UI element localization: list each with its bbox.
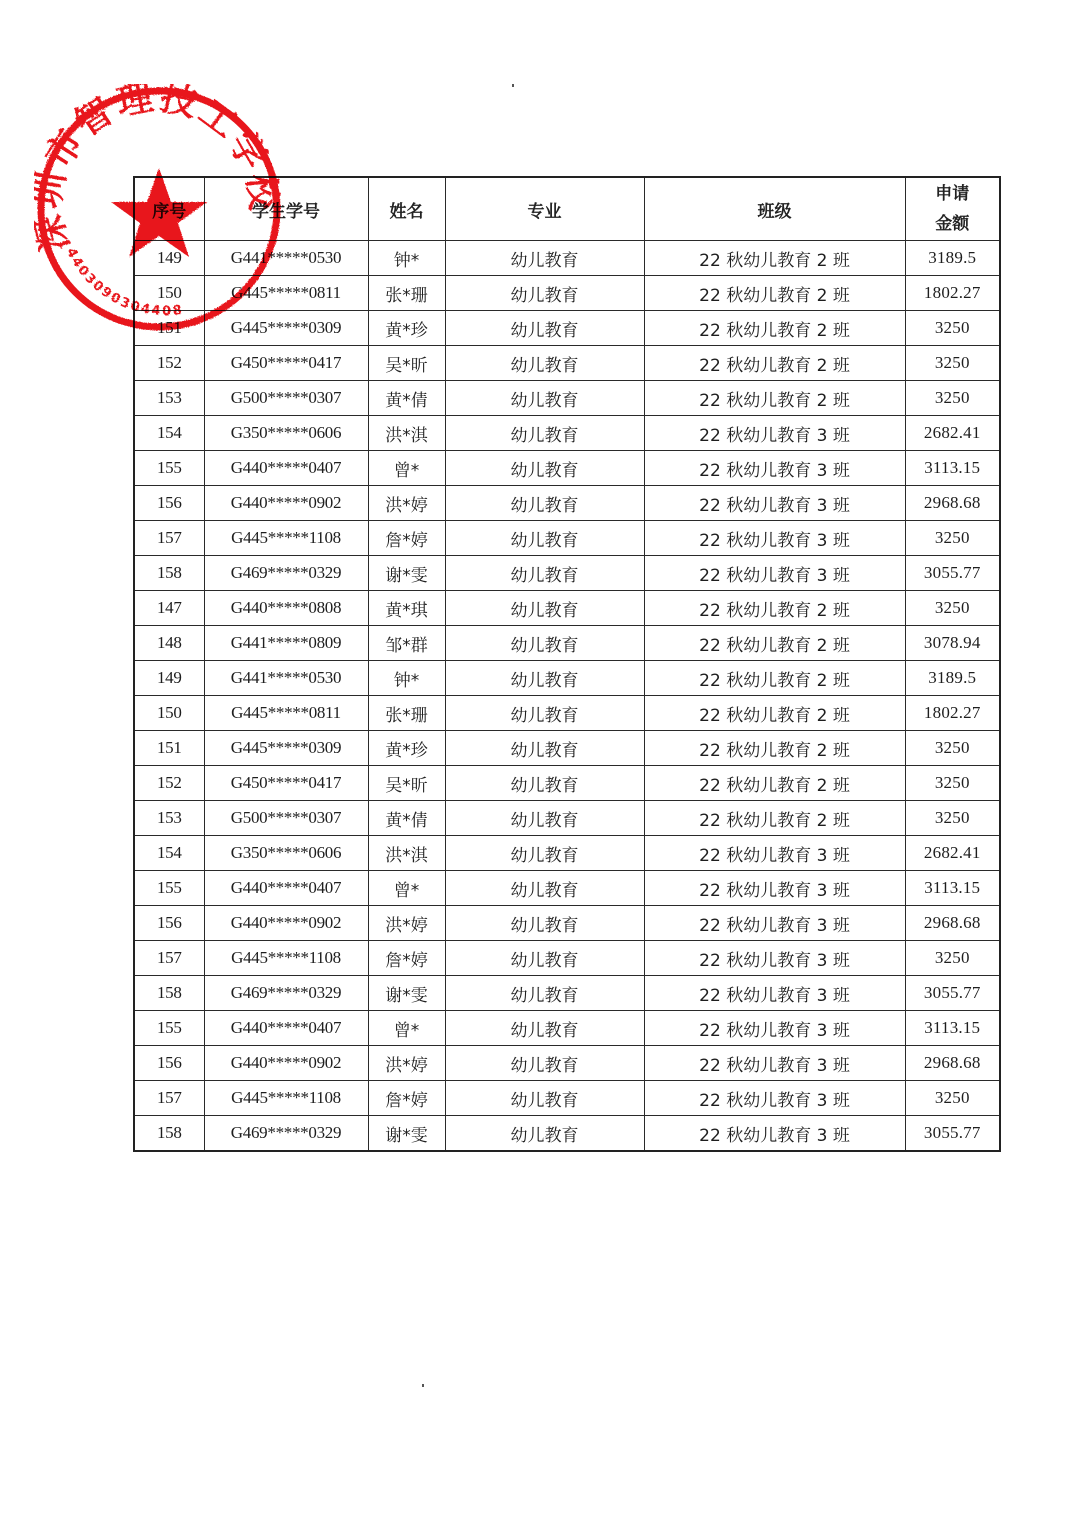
cell-index: 154 — [134, 836, 204, 871]
cell-name: 吴*昕 — [368, 346, 445, 381]
cell-amount: 3250 — [905, 381, 1000, 416]
cell-amount: 3250 — [905, 591, 1000, 626]
cell-major: 幼儿教育 — [445, 451, 644, 486]
cell-class: 22 秋幼儿教育 3 班 — [644, 486, 905, 521]
cell-amount: 3055.77 — [905, 976, 1000, 1011]
cell-name: 詹*婷 — [368, 1081, 445, 1116]
cell-name: 张*珊 — [368, 696, 445, 731]
cell-index: 158 — [134, 556, 204, 591]
cell-name: 洪*婷 — [368, 486, 445, 521]
cell-name: 洪*婷 — [368, 906, 445, 941]
header-index: 序号 — [134, 177, 204, 241]
cell-major: 幼儿教育 — [445, 346, 644, 381]
cell-index: 155 — [134, 871, 204, 906]
table-row: 150G445*****0811张*珊幼儿教育22 秋幼儿教育 2 班1802.… — [134, 276, 1000, 311]
cell-name: 曾* — [368, 451, 445, 486]
cell-class: 22 秋幼儿教育 2 班 — [644, 381, 905, 416]
cell-major: 幼儿教育 — [445, 1046, 644, 1081]
cell-name: 洪*淇 — [368, 416, 445, 451]
cell-amount: 2968.68 — [905, 486, 1000, 521]
table-row: 150G445*****0811张*珊幼儿教育22 秋幼儿教育 2 班1802.… — [134, 696, 1000, 731]
header-student-id: 学生学号 — [204, 177, 368, 241]
cell-amount: 3250 — [905, 521, 1000, 556]
cell-student-id: G445*****0811 — [204, 276, 368, 311]
cell-name: 谢*雯 — [368, 1116, 445, 1152]
cell-major: 幼儿教育 — [445, 591, 644, 626]
header-class: 班级 — [644, 177, 905, 241]
cell-index: 157 — [134, 1081, 204, 1116]
header-name: 姓名 — [368, 177, 445, 241]
cell-amount: 2968.68 — [905, 1046, 1000, 1081]
subsidy-roster-table: 序号 学生学号 姓名 专业 班级 申请 金额 149G441*****0530钟… — [133, 176, 1001, 1152]
table-row: 151G445*****0309黄*珍幼儿教育22 秋幼儿教育 2 班3250 — [134, 731, 1000, 766]
cell-student-id: G500*****0307 — [204, 801, 368, 836]
table-row: 157G445*****1108詹*婷幼儿教育22 秋幼儿教育 3 班3250 — [134, 521, 1000, 556]
cell-amount: 2682.41 — [905, 836, 1000, 871]
table-row: 149G441*****0530钟*幼儿教育22 秋幼儿教育 2 班3189.5 — [134, 661, 1000, 696]
cell-student-id: G445*****0309 — [204, 731, 368, 766]
cell-index: 156 — [134, 1046, 204, 1081]
cell-name: 黄*倩 — [368, 801, 445, 836]
cell-class: 22 秋幼儿教育 2 班 — [644, 346, 905, 381]
table-row: 147G440*****0808黄*琪幼儿教育22 秋幼儿教育 2 班3250 — [134, 591, 1000, 626]
cell-major: 幼儿教育 — [445, 871, 644, 906]
cell-name: 黄*珍 — [368, 731, 445, 766]
cell-student-id: G441*****0530 — [204, 661, 368, 696]
cell-student-id: G440*****0407 — [204, 1011, 368, 1046]
table-row: 156G440*****0902洪*婷幼儿教育22 秋幼儿教育 3 班2968.… — [134, 1046, 1000, 1081]
table-row: 153G500*****0307黄*倩幼儿教育22 秋幼儿教育 2 班3250 — [134, 801, 1000, 836]
cell-amount: 3055.77 — [905, 1116, 1000, 1152]
cell-student-id: G441*****0809 — [204, 626, 368, 661]
cell-name: 洪*婷 — [368, 1046, 445, 1081]
cell-major: 幼儿教育 — [445, 1116, 644, 1152]
cell-major: 幼儿教育 — [445, 1011, 644, 1046]
cell-class: 22 秋幼儿教育 3 班 — [644, 871, 905, 906]
cell-student-id: G445*****1108 — [204, 1081, 368, 1116]
cell-major: 幼儿教育 — [445, 976, 644, 1011]
table-row: 155G440*****0407曾*幼儿教育22 秋幼儿教育 3 班3113.1… — [134, 871, 1000, 906]
cell-major: 幼儿教育 — [445, 556, 644, 591]
cell-index: 151 — [134, 311, 204, 346]
cell-major: 幼儿教育 — [445, 836, 644, 871]
cell-class: 22 秋幼儿教育 2 班 — [644, 591, 905, 626]
cell-amount: 3250 — [905, 801, 1000, 836]
cell-amount: 3078.94 — [905, 626, 1000, 661]
cell-student-id: G450*****0417 — [204, 346, 368, 381]
cell-name: 黄*倩 — [368, 381, 445, 416]
table-row: 154G350*****0606洪*淇幼儿教育22 秋幼儿教育 3 班2682.… — [134, 836, 1000, 871]
cell-major: 幼儿教育 — [445, 696, 644, 731]
cell-amount: 3055.77 — [905, 556, 1000, 591]
cell-student-id: G440*****0407 — [204, 871, 368, 906]
cell-major: 幼儿教育 — [445, 731, 644, 766]
cell-student-id: G469*****0329 — [204, 976, 368, 1011]
table-row: 156G440*****0902洪*婷幼儿教育22 秋幼儿教育 3 班2968.… — [134, 486, 1000, 521]
cell-class: 22 秋幼儿教育 3 班 — [644, 836, 905, 871]
cell-student-id: G469*****0329 — [204, 1116, 368, 1152]
cell-major: 幼儿教育 — [445, 626, 644, 661]
cell-major: 幼儿教育 — [445, 801, 644, 836]
cell-name: 洪*淇 — [368, 836, 445, 871]
cell-amount: 3250 — [905, 941, 1000, 976]
cell-student-id: G445*****0811 — [204, 696, 368, 731]
table-row: 155G440*****0407曾*幼儿教育22 秋幼儿教育 3 班3113.1… — [134, 451, 1000, 486]
cell-amount: 2968.68 — [905, 906, 1000, 941]
cell-name: 黄*珍 — [368, 311, 445, 346]
cell-student-id: G440*****0902 — [204, 1046, 368, 1081]
table-row: 148G441*****0809邹*群幼儿教育22 秋幼儿教育 2 班3078.… — [134, 626, 1000, 661]
header-major: 专业 — [445, 177, 644, 241]
cell-major: 幼儿教育 — [445, 521, 644, 556]
cell-index: 151 — [134, 731, 204, 766]
cell-class: 22 秋幼儿教育 2 班 — [644, 661, 905, 696]
table-row: 153G500*****0307黄*倩幼儿教育22 秋幼儿教育 2 班3250 — [134, 381, 1000, 416]
cell-class: 22 秋幼儿教育 2 班 — [644, 766, 905, 801]
cell-class: 22 秋幼儿教育 2 班 — [644, 276, 905, 311]
cell-index: 154 — [134, 416, 204, 451]
cell-amount: 1802.27 — [905, 276, 1000, 311]
cell-index: 147 — [134, 591, 204, 626]
cell-name: 曾* — [368, 871, 445, 906]
cell-major: 幼儿教育 — [445, 941, 644, 976]
scan-speck — [512, 84, 514, 87]
cell-class: 22 秋幼儿教育 2 班 — [644, 241, 905, 276]
cell-amount: 3113.15 — [905, 451, 1000, 486]
cell-amount: 3189.5 — [905, 661, 1000, 696]
cell-class: 22 秋幼儿教育 3 班 — [644, 1081, 905, 1116]
cell-class: 22 秋幼儿教育 3 班 — [644, 521, 905, 556]
cell-name: 邹*群 — [368, 626, 445, 661]
cell-name: 谢*雯 — [368, 556, 445, 591]
cell-student-id: G445*****1108 — [204, 521, 368, 556]
cell-index: 158 — [134, 1116, 204, 1152]
table-row: 151G445*****0309黄*珍幼儿教育22 秋幼儿教育 2 班3250 — [134, 311, 1000, 346]
cell-index: 149 — [134, 241, 204, 276]
header-amount: 申请 金额 — [905, 177, 1000, 241]
cell-student-id: G440*****0902 — [204, 486, 368, 521]
cell-class: 22 秋幼儿教育 3 班 — [644, 451, 905, 486]
cell-student-id: G350*****0606 — [204, 416, 368, 451]
table-row: 152G450*****0417吴*昕幼儿教育22 秋幼儿教育 2 班3250 — [134, 766, 1000, 801]
cell-index: 156 — [134, 486, 204, 521]
table-row: 155G440*****0407曾*幼儿教育22 秋幼儿教育 3 班3113.1… — [134, 1011, 1000, 1046]
cell-index: 152 — [134, 766, 204, 801]
cell-class: 22 秋幼儿教育 3 班 — [644, 416, 905, 451]
cell-amount: 2682.41 — [905, 416, 1000, 451]
cell-major: 幼儿教育 — [445, 381, 644, 416]
table-body: 149G441*****0530钟*幼儿教育22 秋幼儿教育 2 班3189.5… — [134, 241, 1000, 1152]
cell-name: 曾* — [368, 1011, 445, 1046]
cell-index: 153 — [134, 801, 204, 836]
cell-class: 22 秋幼儿教育 3 班 — [644, 1011, 905, 1046]
cell-index: 150 — [134, 696, 204, 731]
cell-major: 幼儿教育 — [445, 416, 644, 451]
table-row: 158G469*****0329谢*雯幼儿教育22 秋幼儿教育 3 班3055.… — [134, 1116, 1000, 1152]
cell-index: 153 — [134, 381, 204, 416]
cell-student-id: G440*****0407 — [204, 451, 368, 486]
cell-student-id: G500*****0307 — [204, 381, 368, 416]
cell-class: 22 秋幼儿教育 2 班 — [644, 311, 905, 346]
cell-name: 黄*琪 — [368, 591, 445, 626]
cell-student-id: G350*****0606 — [204, 836, 368, 871]
header-amount-line2: 金额 — [906, 209, 1000, 239]
cell-index: 152 — [134, 346, 204, 381]
scan-speck — [422, 1384, 424, 1387]
cell-name: 詹*婷 — [368, 941, 445, 976]
cell-major: 幼儿教育 — [445, 906, 644, 941]
cell-student-id: G445*****1108 — [204, 941, 368, 976]
cell-name: 谢*雯 — [368, 976, 445, 1011]
cell-major: 幼儿教育 — [445, 486, 644, 521]
cell-index: 148 — [134, 626, 204, 661]
cell-major: 幼儿教育 — [445, 311, 644, 346]
cell-major: 幼儿教育 — [445, 1081, 644, 1116]
cell-index: 158 — [134, 976, 204, 1011]
cell-index: 156 — [134, 906, 204, 941]
table-row: 158G469*****0329谢*雯幼儿教育22 秋幼儿教育 3 班3055.… — [134, 556, 1000, 591]
cell-amount: 3250 — [905, 1081, 1000, 1116]
table-row: 158G469*****0329谢*雯幼儿教育22 秋幼儿教育 3 班3055.… — [134, 976, 1000, 1011]
cell-amount: 3113.15 — [905, 1011, 1000, 1046]
cell-index: 149 — [134, 661, 204, 696]
cell-amount: 3250 — [905, 311, 1000, 346]
cell-student-id: G440*****0902 — [204, 906, 368, 941]
cell-index: 157 — [134, 941, 204, 976]
cell-class: 22 秋幼儿教育 2 班 — [644, 696, 905, 731]
table-row: 157G445*****1108詹*婷幼儿教育22 秋幼儿教育 3 班3250 — [134, 941, 1000, 976]
cell-major: 幼儿教育 — [445, 276, 644, 311]
cell-amount: 3250 — [905, 731, 1000, 766]
table-row: 152G450*****0417吴*昕幼儿教育22 秋幼儿教育 2 班3250 — [134, 346, 1000, 381]
cell-amount: 3250 — [905, 766, 1000, 801]
cell-major: 幼儿教育 — [445, 661, 644, 696]
cell-student-id: G450*****0417 — [204, 766, 368, 801]
cell-amount: 3113.15 — [905, 871, 1000, 906]
header-amount-line1: 申请 — [906, 179, 1000, 209]
cell-amount: 1802.27 — [905, 696, 1000, 731]
cell-student-id: G440*****0808 — [204, 591, 368, 626]
cell-index: 150 — [134, 276, 204, 311]
table-header-row: 序号 学生学号 姓名 专业 班级 申请 金额 — [134, 177, 1000, 241]
cell-index: 155 — [134, 451, 204, 486]
cell-major: 幼儿教育 — [445, 241, 644, 276]
cell-name: 钟* — [368, 241, 445, 276]
table-row: 154G350*****0606洪*淇幼儿教育22 秋幼儿教育 3 班2682.… — [134, 416, 1000, 451]
cell-class: 22 秋幼儿教育 2 班 — [644, 626, 905, 661]
table-row: 149G441*****0530钟*幼儿教育22 秋幼儿教育 2 班3189.5 — [134, 241, 1000, 276]
cell-index: 157 — [134, 521, 204, 556]
cell-name: 詹*婷 — [368, 521, 445, 556]
table-row: 157G445*****1108詹*婷幼儿教育22 秋幼儿教育 3 班3250 — [134, 1081, 1000, 1116]
cell-amount: 3250 — [905, 346, 1000, 381]
cell-name: 钟* — [368, 661, 445, 696]
cell-class: 22 秋幼儿教育 3 班 — [644, 1046, 905, 1081]
cell-name: 吴*昕 — [368, 766, 445, 801]
cell-major: 幼儿教育 — [445, 766, 644, 801]
cell-class: 22 秋幼儿教育 2 班 — [644, 731, 905, 766]
cell-name: 张*珊 — [368, 276, 445, 311]
scanned-page: 序号 学生学号 姓名 专业 班级 申请 金额 149G441*****0530钟… — [0, 0, 1080, 1529]
table-row: 156G440*****0902洪*婷幼儿教育22 秋幼儿教育 3 班2968.… — [134, 906, 1000, 941]
cell-amount: 3189.5 — [905, 241, 1000, 276]
cell-student-id: G445*****0309 — [204, 311, 368, 346]
cell-index: 155 — [134, 1011, 204, 1046]
cell-class: 22 秋幼儿教育 3 班 — [644, 906, 905, 941]
cell-student-id: G469*****0329 — [204, 556, 368, 591]
cell-class: 22 秋幼儿教育 3 班 — [644, 1116, 905, 1152]
cell-class: 22 秋幼儿教育 2 班 — [644, 801, 905, 836]
cell-class: 22 秋幼儿教育 3 班 — [644, 556, 905, 591]
cell-class: 22 秋幼儿教育 3 班 — [644, 941, 905, 976]
cell-class: 22 秋幼儿教育 3 班 — [644, 976, 905, 1011]
cell-student-id: G441*****0530 — [204, 241, 368, 276]
